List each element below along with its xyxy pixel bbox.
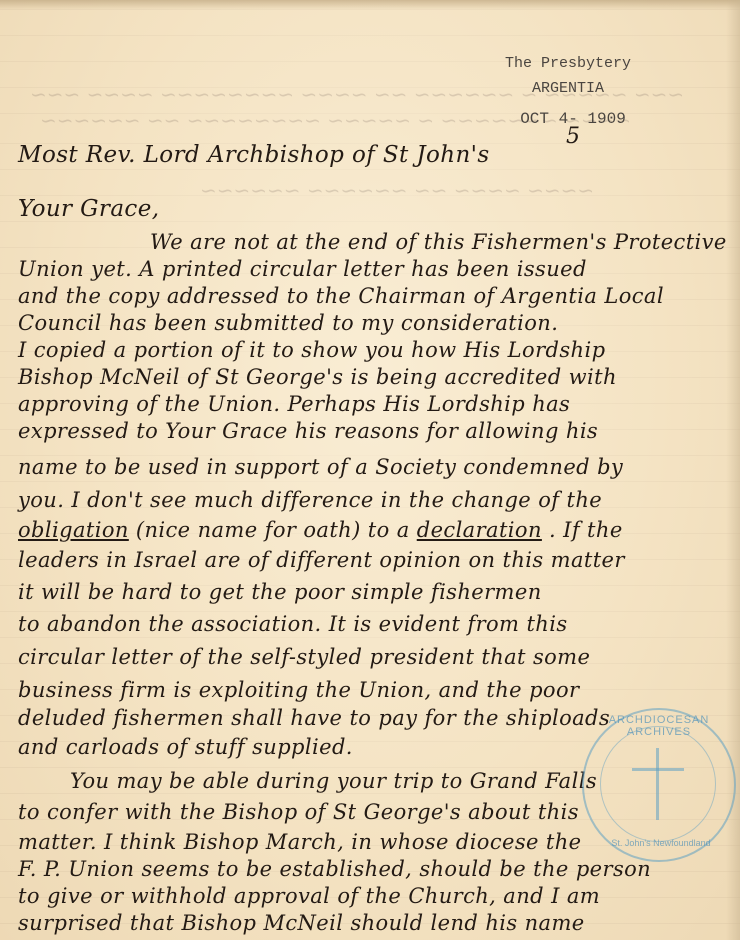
letter-line: F. P. Union seems to be established, sho…	[18, 857, 651, 881]
letter-page: ~~~ ~~~~~ ~ ~~~~~~ ~~ ~~~~ ~~~~~~~~ ~~~~…	[0, 0, 740, 940]
underlined-word: obligation	[18, 518, 129, 542]
letter-line: We are not at the end of this Fishermen'…	[150, 230, 727, 254]
greeting: Your Grace,	[18, 196, 159, 222]
addressee: Most Rev. Lord Archbishop of St John's	[18, 142, 490, 168]
letter-line: You may be able during your trip to Gran…	[70, 769, 597, 793]
letter-line: to abandon the association. It is eviden…	[18, 612, 568, 636]
line-fragment: . If the	[549, 518, 623, 542]
letter-line: and the copy addressed to the Chairman o…	[18, 284, 664, 308]
letter-line: to give or withhold approval of the Chur…	[18, 884, 600, 908]
letter-line: surprised that Bishop McNeil should lend…	[18, 911, 585, 935]
letter-line: Bishop McNeil of St George's is being ac…	[18, 365, 617, 389]
letter-line: obligation (nice name for oath) to a dec…	[18, 518, 623, 542]
letter-line: matter. I think Bishop March, in whose d…	[18, 830, 582, 854]
letter-line: approving of the Union. Perhaps His Lord…	[18, 392, 570, 416]
page-number: 5	[566, 124, 580, 149]
seal-text-bottom: St. John's Newfoundland	[606, 838, 716, 848]
letter-line: business firm is exploiting the Union, a…	[18, 678, 579, 702]
letter-line: Union yet. A printed circular letter has…	[18, 257, 587, 281]
letter-line: to confer with the Bishop of St George's…	[18, 800, 579, 824]
seal-text-top: ARCHDIOCESAN ARCHIVES	[604, 714, 714, 738]
letter-line: expressed to Your Grace his reasons for …	[18, 419, 598, 443]
letter-line: name to be used in support of a Society …	[18, 455, 623, 479]
letter-line: circular letter of the self-styled presi…	[18, 645, 590, 669]
letterhead-line1: The Presbytery	[498, 55, 638, 72]
letter-line: and carloads of stuff supplied.	[18, 735, 353, 759]
letter-line: you. I don't see much difference in the …	[18, 488, 602, 512]
letter-line: I copied a portion of it to show you how…	[18, 338, 605, 362]
letter-line: deluded fishermen shall have to pay for …	[18, 706, 610, 730]
archive-seal-stamp: ARCHDIOCESAN ARCHIVES St. John's Newfoun…	[582, 708, 736, 862]
underlined-word: declaration	[417, 518, 542, 542]
letter-line: it will be hard to get the poor simple f…	[18, 580, 542, 604]
line-fragment: (nice name for oath) to a	[136, 518, 417, 542]
bleed-through: ~~~~ ~~~~ ~~ ~~~~~~ ~~~~~~	[200, 178, 594, 202]
letter-line: Council has been submitted to my conside…	[18, 311, 558, 335]
paper-top-edge	[0, 0, 740, 10]
letterhead-line2: ARGENTIA	[498, 80, 638, 97]
letter-line: leaders in Israel are of different opini…	[18, 548, 625, 572]
